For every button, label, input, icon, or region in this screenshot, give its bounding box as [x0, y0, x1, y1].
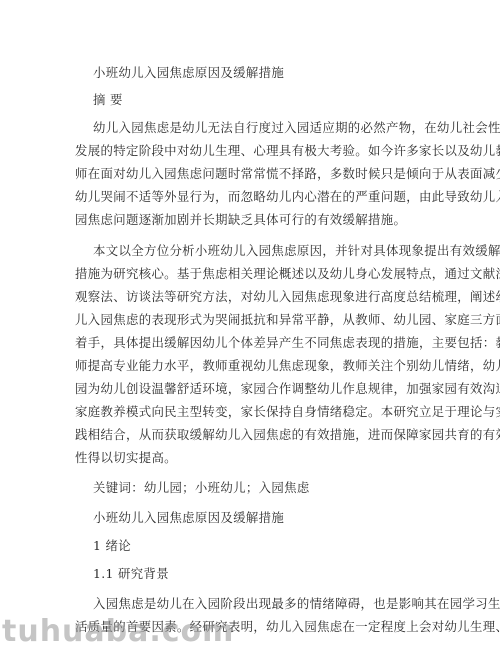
body-paragraph-line: 入园焦虑是幼儿在入园阶段出现最多的情绪障碍，也是影响其在园学习生: [93, 596, 500, 612]
abstract-p1-line: 幼儿哭闹不适等外显行为，而忽略幼儿内心潜在的严重问题，由此导致幼儿入: [75, 189, 500, 205]
abstract-p2-line: 践相结合，从而获取缓解幼儿入园焦虑的有效措施，进而保障家园共育的有效: [75, 427, 500, 443]
abstract-p2-line: 儿入园焦虑的表现形式为哭闹抵抗和异常平静，从教师、幼儿园、家庭三方面: [75, 312, 500, 328]
abstract-p1-line: 发展的特定阶段中对幼儿生理、心理具有极大考验。如今许多家长以及幼儿教: [75, 143, 500, 159]
abstract-p2-line: 观察法、访谈法等研究方法，对幼儿入园焦虑现象进行高度总结梳理，阐述幼: [75, 289, 500, 305]
document-title: 小班幼儿入园焦虑原因及缓解措施: [93, 65, 284, 81]
abstract-p2-line: 家庭教养模式向民主型转变，家长保持自身情绪稳定。本研究立足于理论与实: [75, 404, 500, 420]
keywords: 关键词：幼儿园；小班幼儿；入园焦虑: [93, 480, 310, 496]
abstract-p2-line: 师提高专业能力水平，教师重视幼儿焦虑现象，教师关注个别幼儿情绪，幼儿: [75, 358, 500, 374]
body-title: 小班幼儿入园焦虑原因及缓解措施: [93, 510, 284, 526]
section-heading: 1.1 研究背景: [93, 566, 169, 582]
abstract-p2-line: 本文以全方位分析小班幼儿入园焦虑原因，并针对具体现象提出有效缓解: [93, 243, 500, 259]
chapter-heading: 1 绪论: [93, 538, 131, 554]
abstract-heading: 摘 要: [93, 92, 123, 108]
abstract-p1-line: 园焦虑问题逐渐加剧并长期缺乏具体可行的有效缓解措施。: [75, 212, 406, 228]
abstract-p1-line: 师在面对幼儿入园焦虑问题时常常慌不择路，多数时候只是倾向于从表面减少: [75, 166, 500, 182]
abstract-p2-line: 园为幼儿创设温馨舒适环境，家园合作调整幼儿作息规律，加强家园有效沟通，: [75, 381, 500, 397]
abstract-p2-line: 措施为研究核心。基于焦虑相关理论概述以及幼儿身心发展特点，通过文献法、: [75, 266, 500, 282]
abstract-p2-line: 着手，具体提出缓解因幼儿个体差异产生不同焦虑表现的措施，主要包括：教: [75, 335, 500, 351]
abstract-p2-line: 性得以切实提高。: [75, 450, 177, 466]
watermark: tuhuaba.com: [2, 614, 234, 648]
document-page: 小班幼儿入园焦虑原因及缓解措施 摘 要 幼儿入园焦虑是幼儿无法自行度过入园适应期…: [0, 0, 500, 648]
abstract-p1-line: 幼儿入园焦虑是幼儿无法自行度过入园适应期的必然产物，在幼儿社会性: [93, 120, 500, 136]
